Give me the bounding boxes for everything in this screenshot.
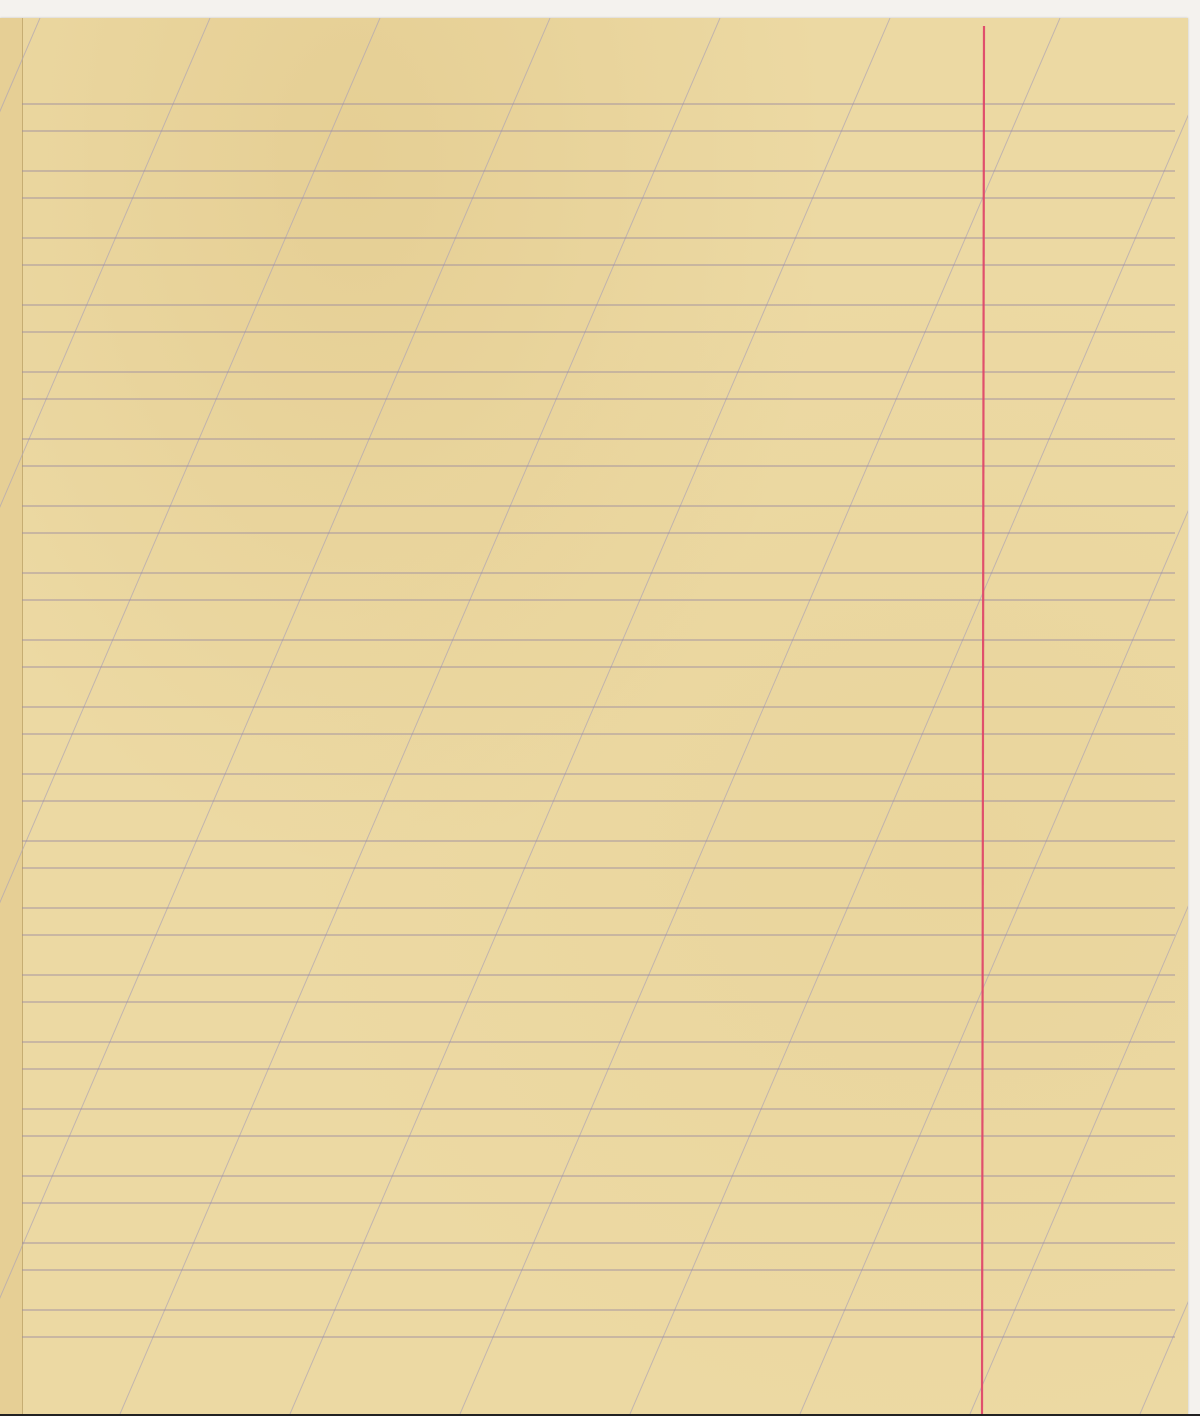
- ruled-lines: [0, 18, 1188, 1414]
- paper-sheet: [0, 18, 1188, 1414]
